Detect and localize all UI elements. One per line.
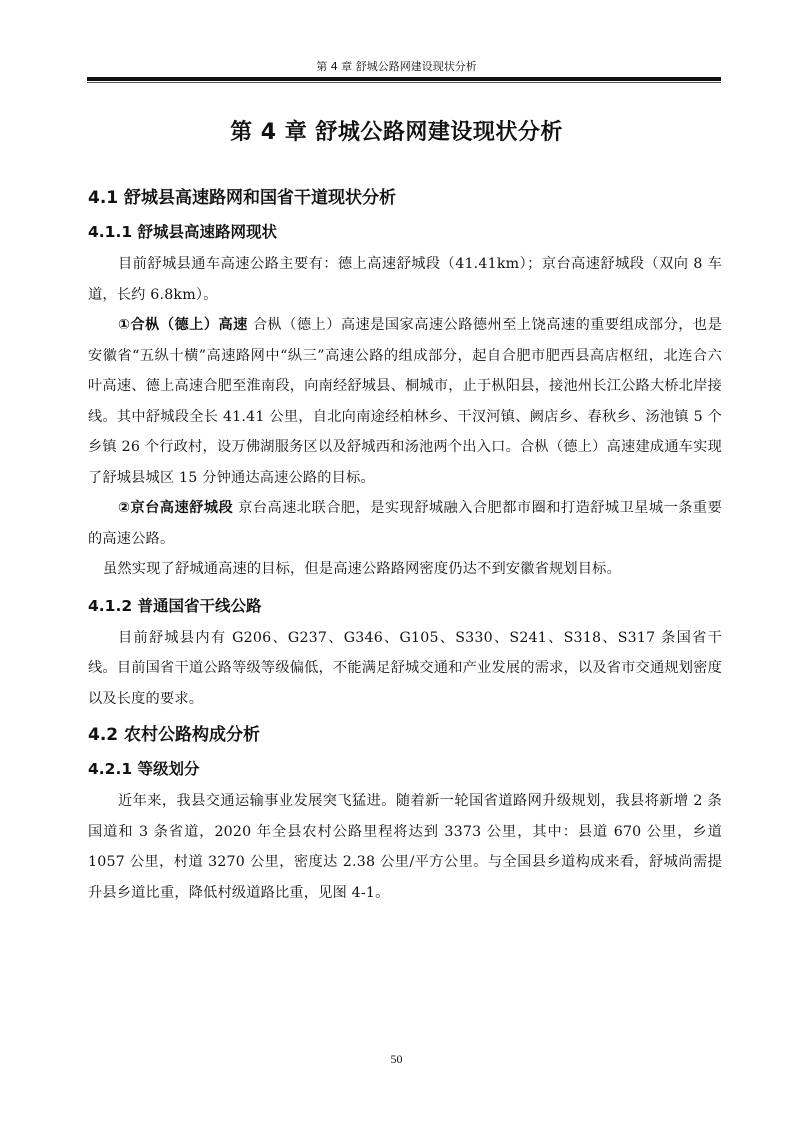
section-heading-4-1: 4.1 舒城县高速路网和国省干道现状分析 [88,183,722,217]
paragraph-national-provincial-roads: 目前舒城县内有 G206、G237、G346、G105、S330、S241、S3… [88,623,722,715]
paragraph-lead-jingtai: ②京台高速舒城段 [118,500,233,516]
paragraph-density-note: 虽然实现了舒城通高速的目标，但是高速公路路网密度仍达不到安徽省规划目标。 [88,554,722,585]
paragraph-lead-hefeng: ①合枞（德上）高速 [118,317,248,333]
paragraph-body-hefeng: 合枞（德上）高速是国家高速公路德州至上饶高速的重要组成部分，也是安徽省“五纵十横… [88,317,722,486]
page-number: 50 [0,1052,793,1067]
paragraph-expressways-intro: 目前舒城县通车高速公路主要有：德上高速舒城段（41.41km）；京台高速舒城段（… [88,249,722,310]
page-content: 4.1 舒城县高速路网和国省干道现状分析 4.1.1 舒城县高速路网现状 目前舒… [88,183,722,908]
section-heading-4-2: 4.2 农村公路构成分析 [88,720,722,754]
chapter-title: 第 4 章 舒城公路网建设现状分析 [0,118,793,148]
header-rule [87,77,721,81]
subsection-heading-4-1-1: 4.1.1 舒城县高速路网现状 [88,217,722,249]
subsection-heading-4-1-2: 4.1.2 普通国省干线公路 [88,591,722,623]
running-header: 第 4 章 舒城公路网建设现状分析 [0,60,793,74]
paragraph-hefeng-expressway: ①合枞（德上）高速 合枞（德上）高速是国家高速公路德州至上饶高速的重要组成部分，… [88,310,722,493]
header-rule-thin [87,82,721,83]
paragraph-rural-roads-grading: 近年来，我县交通运输事业发展突飞猛进。随着新一轮国省道路网升级规划，我县将新增 … [88,786,722,908]
subsection-heading-4-2-1: 4.2.1 等级划分 [88,754,722,786]
paragraph-jingtai-expressway: ②京台高速舒城段 京台高速北联合肥，是实现舒城融入合肥都市圈和打造舒城卫星城一条… [88,493,722,554]
